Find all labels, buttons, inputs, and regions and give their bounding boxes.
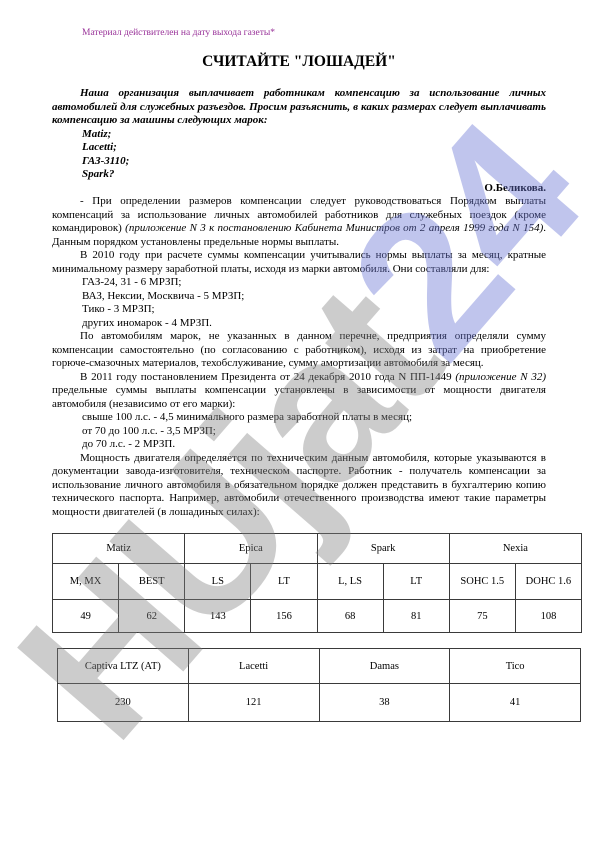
author-signature: О.Беликова. bbox=[52, 182, 546, 196]
trim-cell: LT bbox=[383, 564, 449, 600]
trim-cell: LS bbox=[185, 564, 251, 600]
table-row: M, MX BEST LS LT L, LS LT SOHC 1.5 DOHC … bbox=[53, 564, 582, 600]
trim-cell: LT bbox=[251, 564, 317, 600]
trim-cell: SOHC 1.5 bbox=[449, 564, 515, 600]
rate-2011-item: от 70 до 100 л.с. - 3,5 МРЗП; bbox=[52, 425, 546, 439]
answer-paragraph-4: В 2011 году постановлением Президента от… bbox=[52, 371, 546, 412]
table-row: Matiz Epica Spark Nexia bbox=[53, 534, 582, 564]
table-row: 230 121 38 41 bbox=[58, 684, 581, 722]
answer-paragraph-5: Мощность двигателя определяется по техни… bbox=[52, 452, 546, 520]
hp-value-cell: 41 bbox=[450, 684, 581, 722]
answer-p4-reference: (приложение N 32) bbox=[455, 371, 546, 383]
hp-value-cell: 81 bbox=[383, 600, 449, 633]
trim-cell: L, LS bbox=[317, 564, 383, 600]
trim-cell: BEST bbox=[119, 564, 185, 600]
answer-p1-reference: (приложение N 3 к постановлению Кабинета… bbox=[125, 222, 543, 234]
model-cell: Lacetti bbox=[188, 649, 319, 684]
model-cell: Damas bbox=[319, 649, 450, 684]
brand-item: Matiz; bbox=[52, 128, 546, 142]
model-cell: Tico bbox=[450, 649, 581, 684]
hp-value-cell: 75 bbox=[449, 600, 515, 633]
answer-paragraph-1: - При определении размеров компенсации с… bbox=[52, 195, 546, 249]
brand-item: Lacetti; bbox=[52, 141, 546, 155]
answer-paragraph-2: В 2010 году при расчете суммы компенсаци… bbox=[52, 249, 546, 276]
trim-cell: DOHC 1.6 bbox=[515, 564, 581, 600]
hp-value-cell: 68 bbox=[317, 600, 383, 633]
brand-item: ГАЗ-3110; bbox=[52, 155, 546, 169]
hp-value-cell: 38 bbox=[319, 684, 450, 722]
question-paragraph: Наша организация выплачивает работникам … bbox=[52, 87, 546, 128]
hp-value-cell: 156 bbox=[251, 600, 317, 633]
document-page: Материал действителен на дату выхода газ… bbox=[52, 0, 546, 722]
answer-paragraph-3: По автомобилям марок, не указанных в дан… bbox=[52, 330, 546, 371]
hp-value-cell: 121 bbox=[188, 684, 319, 722]
trim-cell: M, MX bbox=[53, 564, 119, 600]
hp-value-cell: 62 bbox=[119, 600, 185, 633]
answer-p4-text: В 2011 году постановлением Президента от… bbox=[80, 371, 455, 383]
table-row: Captiva LTZ (AT) Lacetti Damas Tico bbox=[58, 649, 581, 684]
model-group-cell: Epica bbox=[185, 534, 317, 564]
page-title: СЧИТАЙТЕ "ЛОШАДЕЙ" bbox=[52, 53, 546, 71]
model-group-cell: Spark bbox=[317, 534, 449, 564]
horsepower-table-other: Captiva LTZ (AT) Lacetti Damas Tico 230 … bbox=[57, 648, 581, 722]
brand-item: Spark? bbox=[52, 168, 546, 182]
rate-2010-item: Тико - 3 МРЗП; bbox=[52, 303, 546, 317]
hp-value-cell: 49 bbox=[53, 600, 119, 633]
rate-2010-item: других иномарок - 4 МРЗП. bbox=[52, 317, 546, 331]
rate-2010-item: ГАЗ-24, 31 - 6 МРЗП; bbox=[52, 276, 546, 290]
hp-value-cell: 143 bbox=[185, 600, 251, 633]
model-group-cell: Nexia bbox=[449, 534, 581, 564]
horsepower-table-domestic: Matiz Epica Spark Nexia M, MX BEST LS LT… bbox=[52, 533, 582, 633]
rate-2011-item: до 70 л.с. - 2 МРЗП. bbox=[52, 438, 546, 452]
hp-value-cell: 230 bbox=[58, 684, 189, 722]
hp-value-cell: 108 bbox=[515, 600, 581, 633]
validity-note: Материал действителен на дату выхода газ… bbox=[82, 28, 546, 38]
answer-p4-end: предельные суммы выплаты компенсации уст… bbox=[52, 384, 546, 410]
rate-2011-item: свыше 100 л.с. - 4,5 минимального размер… bbox=[52, 411, 546, 425]
model-group-cell: Matiz bbox=[53, 534, 185, 564]
rate-2010-item: ВАЗ, Нексии, Москвича - 5 МРЗП; bbox=[52, 290, 546, 304]
model-cell: Captiva LTZ (AT) bbox=[58, 649, 189, 684]
table-row: 49 62 143 156 68 81 75 108 bbox=[53, 600, 582, 633]
